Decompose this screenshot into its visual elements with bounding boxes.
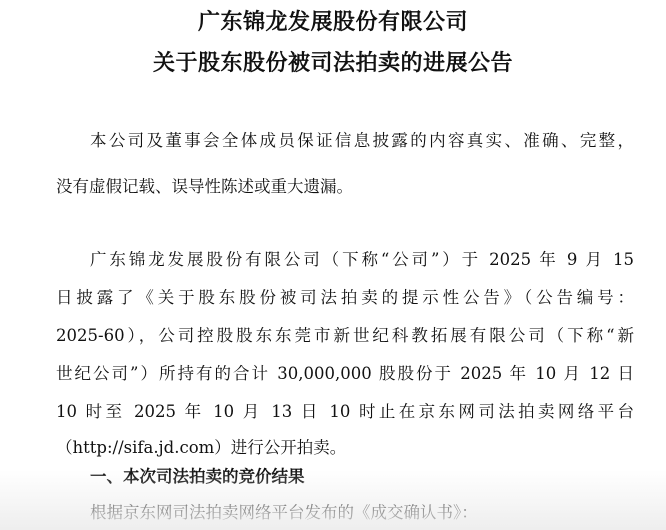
section-1-heading: 一、本次司法拍卖的竞价结果 <box>90 466 305 488</box>
announcement-title: 关于股东股份被司法拍卖的进展公告 <box>0 51 666 77</box>
body-line-5: 10 时至 2025 年 10 月 13 日 10 时止在京东网司法拍卖网络平台 <box>56 401 634 423</box>
section-1-line-1: 根据京东网司法拍卖网络平台发布的《成交确认书》： <box>90 502 478 524</box>
body-line-2: 日披露了《关于股东股份被司法拍卖的提示性公告》（公告编号： <box>56 287 634 309</box>
body-line-3: 2025-60），公司控股股东东莞市新世纪科教拓展有限公司（下称“新 <box>56 325 634 347</box>
company-name-title: 广东锦龙发展股份有限公司 <box>0 10 666 36</box>
statement-line-2: 没有虚假记载、误导性陈述或重大遗漏。 <box>56 176 353 198</box>
body-line-4: 世纪公司”）所持有的合计 30,000,000 股股份于 2025 年 10 月… <box>56 363 634 385</box>
announcement-page: 广东锦龙发展股份有限公司 关于股东股份被司法拍卖的进展公告 本公司及董事会全体成… <box>0 0 666 530</box>
body-line-6-url: （http://sifa.jd.com）进行公开拍卖。 <box>56 437 346 459</box>
statement-line-1: 本公司及董事会全体成员保证信息披露的内容真实、准确、完整， <box>90 130 634 152</box>
body-line-1: 广东锦龙发展股份有限公司（下称“公司”）于 2025 年 9 月 15 <box>90 249 634 271</box>
